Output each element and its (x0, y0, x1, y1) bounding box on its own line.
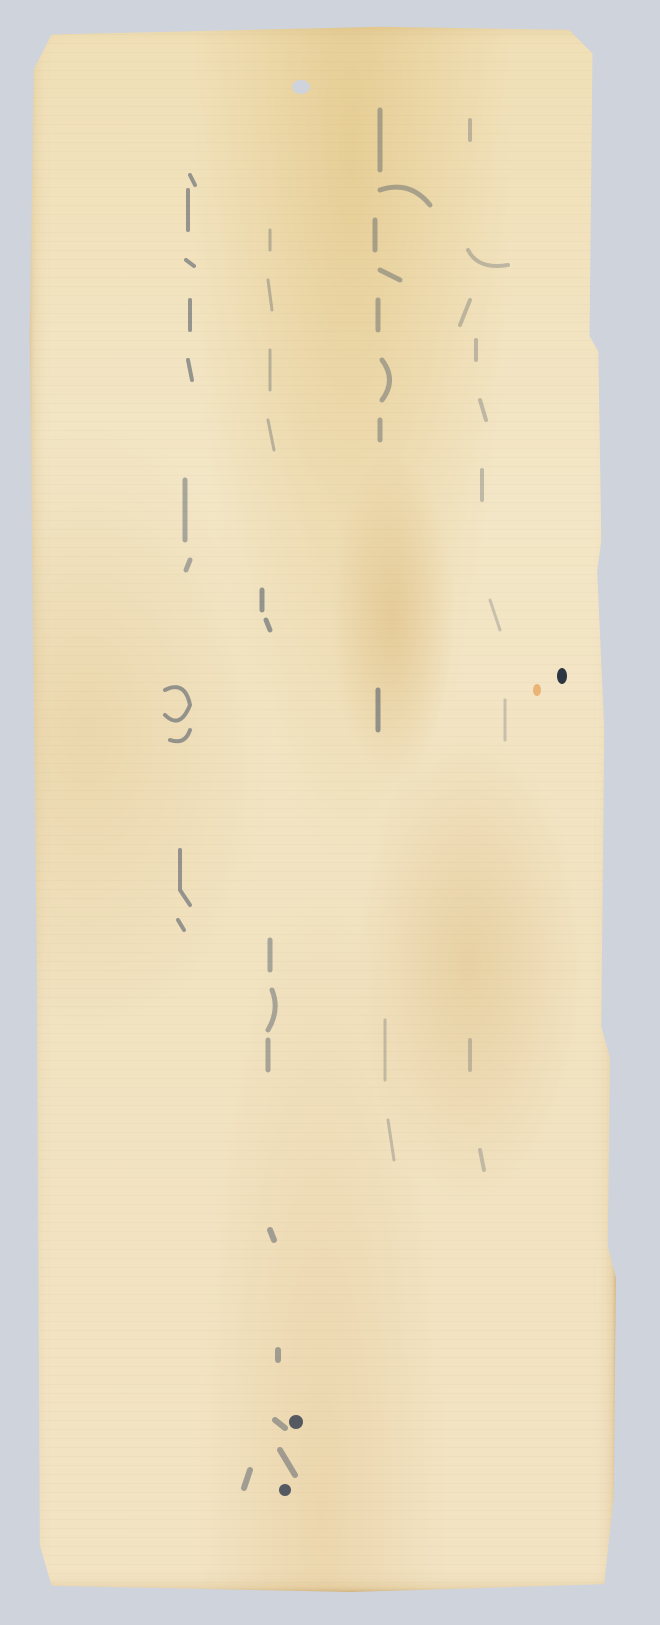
ink-dot (557, 668, 567, 684)
handwriting-ink (0, 0, 660, 1625)
